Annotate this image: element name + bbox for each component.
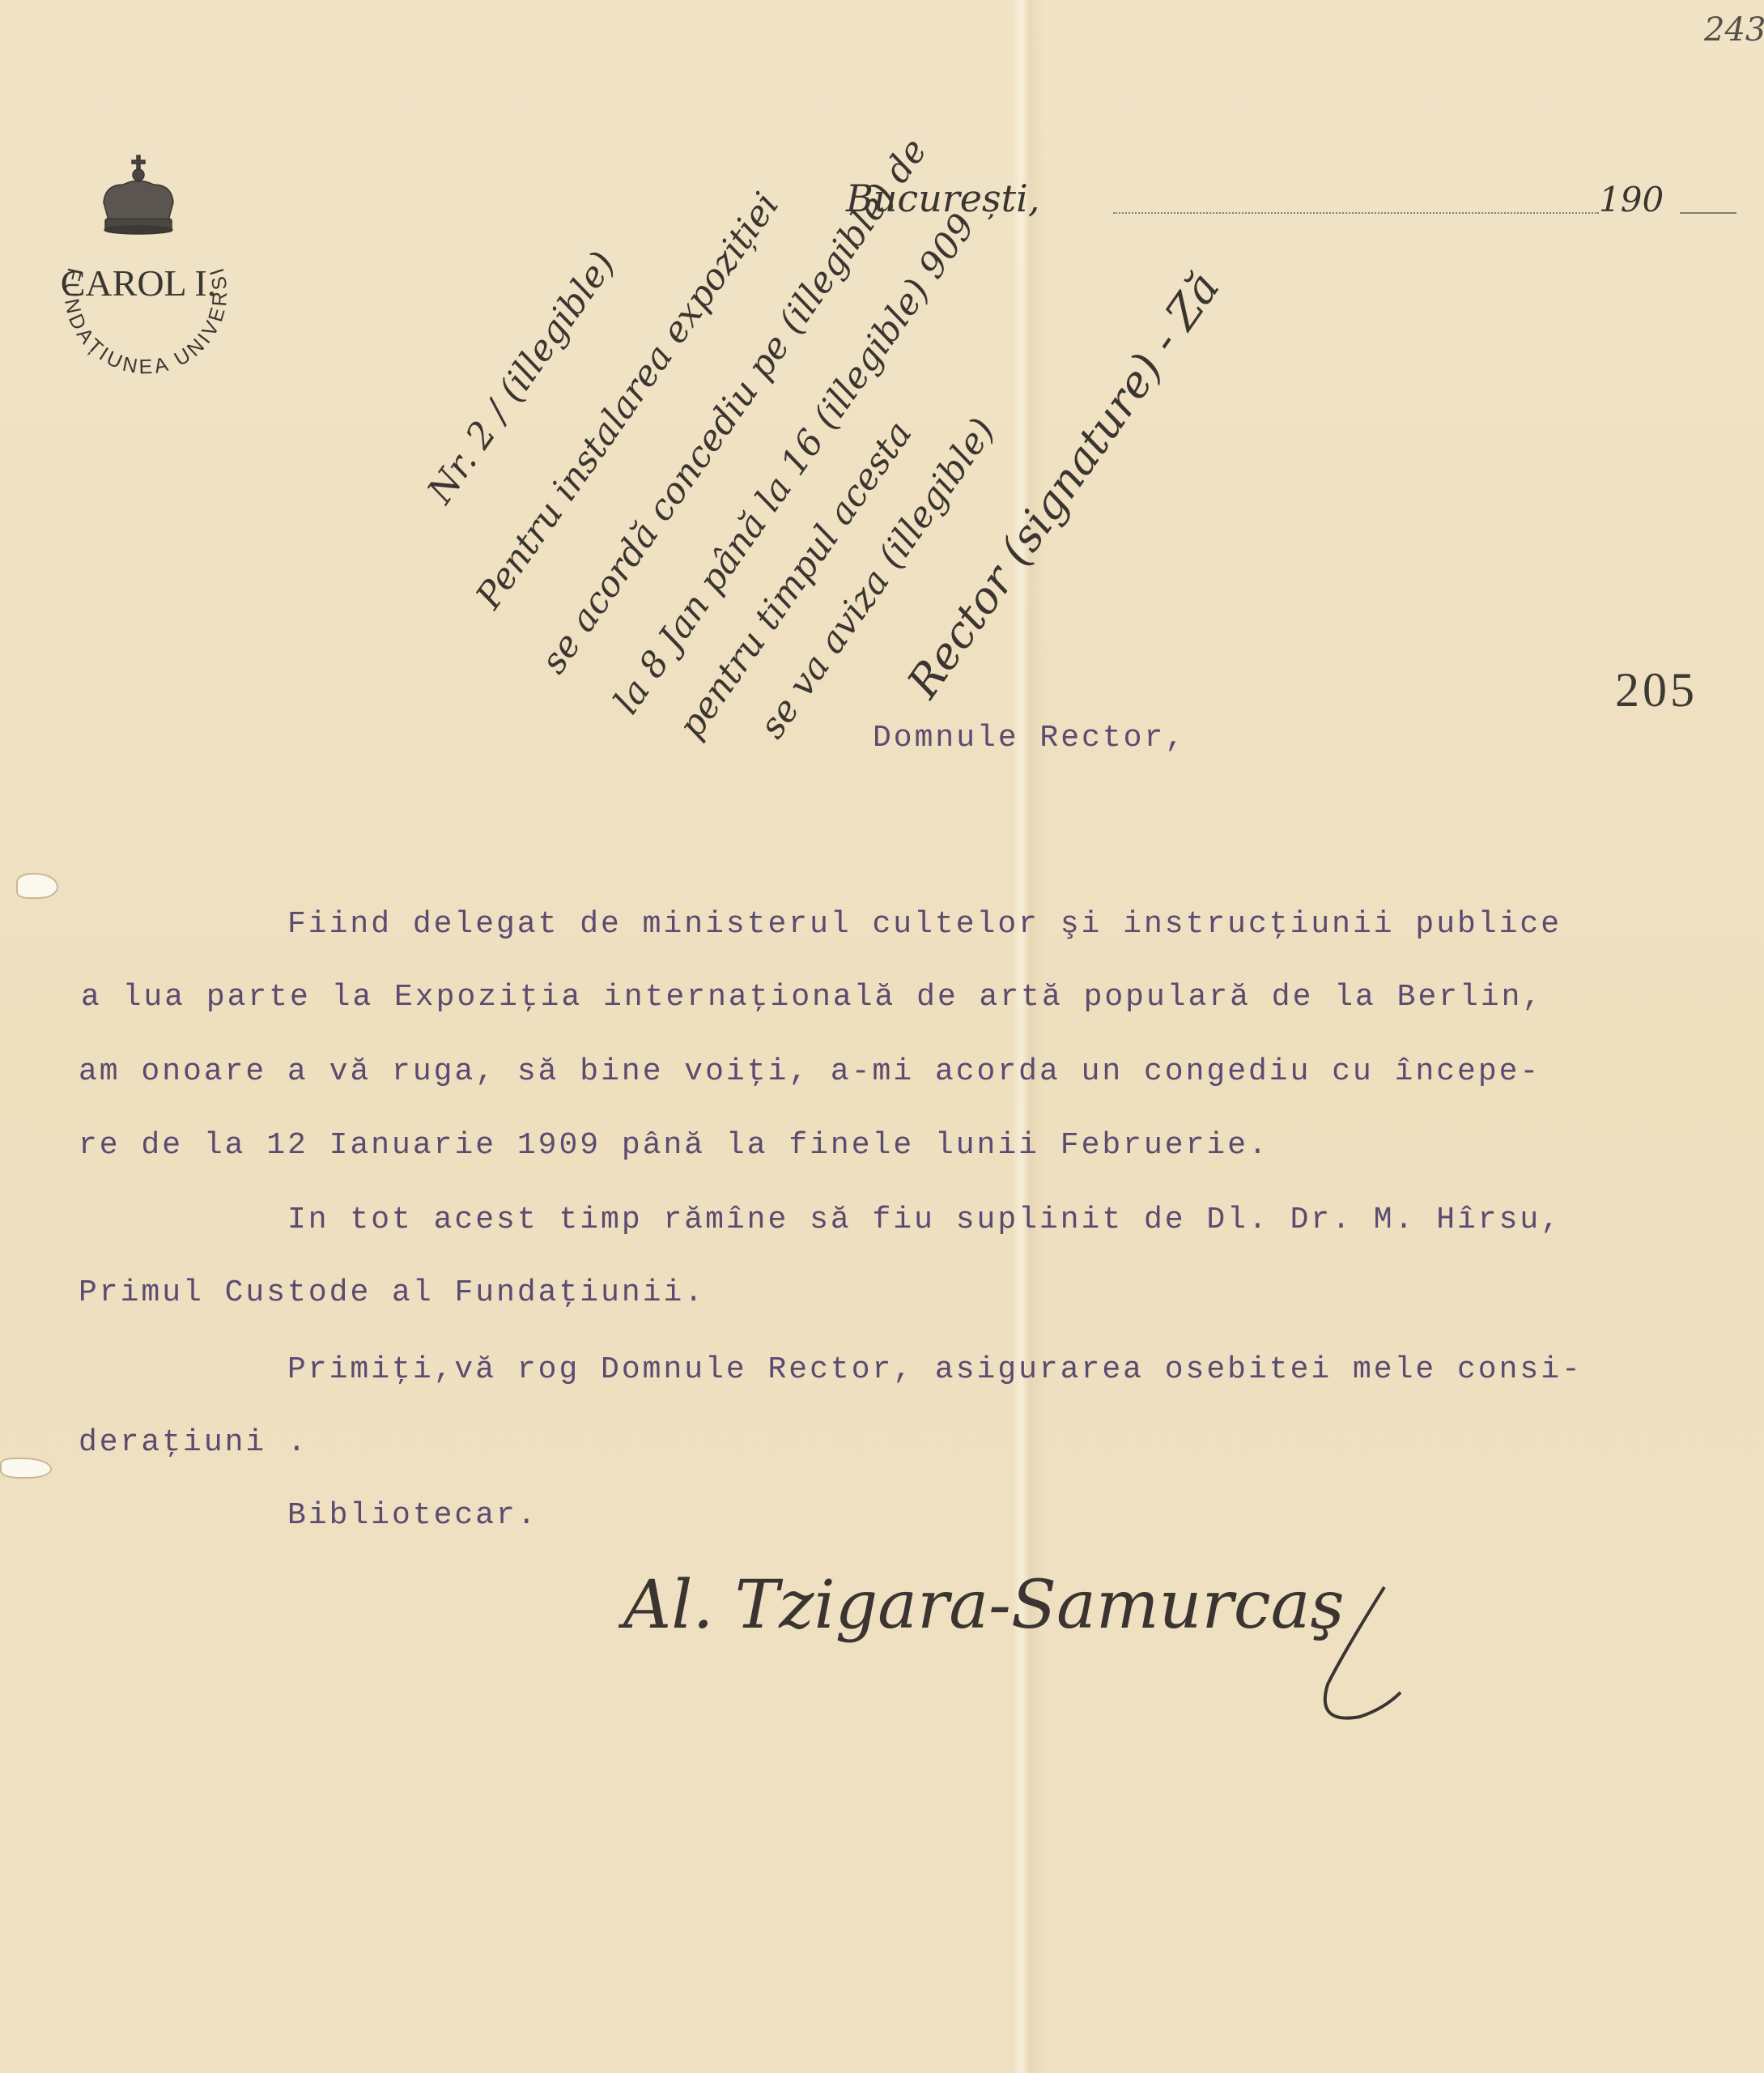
letterhead-emblem: CAROL I. FUNDAȚIUNEA UNIVERSITARĂ xyxy=(24,146,259,413)
archive-page-number: 243 xyxy=(1704,11,1764,49)
body-line: a lua parte la Expoziţia internaţională … xyxy=(81,980,1543,1015)
paper-tear xyxy=(16,873,58,899)
year-prefix: 190 xyxy=(1599,180,1664,219)
body-line: am onoare a vă ruga, să bine voiţi, a-mi… xyxy=(79,1054,1541,1089)
body-line: Primul Custode al Fundaţiunii. xyxy=(79,1275,705,1310)
body-line: deraţiuni . xyxy=(79,1425,308,1460)
body-line: Fiind delegat de ministerul cultelor şi … xyxy=(287,907,1562,942)
royal-crown-icon: CAROL I. FUNDAȚIUNEA UNIVERSITARĂ xyxy=(24,146,259,413)
rector-annotation: Nr. 2 / (illegible) Pentru instalarea ex… xyxy=(380,121,1352,737)
signature-role: Bibliotecar. xyxy=(287,1498,538,1533)
body-line: re de la 12 Ianuarie 1909 până la finele… xyxy=(79,1128,1269,1163)
signature-flourish-icon xyxy=(1295,1579,1409,1741)
body-line: In tot acest timp rămîne să fiu suplinit… xyxy=(287,1203,1562,1237)
body-line: Primiţi,vă rog Domnule Rector, asigurare… xyxy=(287,1352,1583,1387)
salutation: Domnule Rector, xyxy=(873,721,1186,756)
registration-number: 205 xyxy=(1615,662,1698,718)
emblem-title: CAROL I. xyxy=(61,262,217,304)
year-line xyxy=(1680,212,1736,214)
paper-tear xyxy=(0,1458,52,1479)
handwritten-signature: Al. Tzigara-Samurcaş xyxy=(623,1567,1345,1644)
